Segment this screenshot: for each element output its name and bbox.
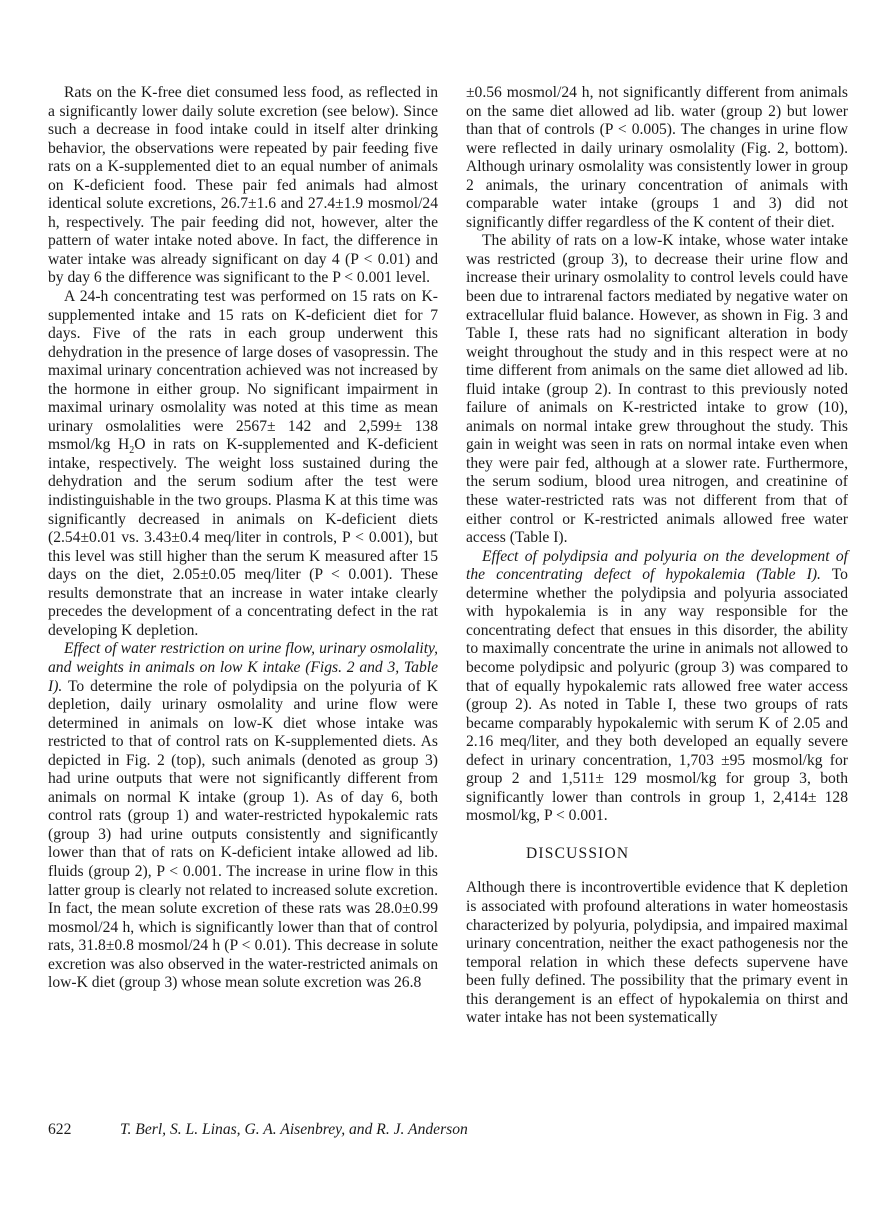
page-body: Rats on the K-free diet consumed less fo… [48,84,848,1028]
paragraph-continued: ±0.56 mosmol/24 h, not significantly dif… [466,84,848,232]
paragraph-polydipsia-effect: Effect of polydipsia and polyuria on the… [466,548,848,826]
paragraph-discussion: Although there is incontrovertible evide… [466,879,848,1027]
two-column-layout: Rats on the K-free diet consumed less fo… [48,84,848,1028]
running-footer-authors: T. Berl, S. L. Linas, G. A. Aisenbrey, a… [120,1121,468,1139]
paragraph-text: O in rats on K-supplemented and K-defici… [48,436,438,638]
left-column: Rats on the K-free diet consumed less fo… [48,84,438,1028]
paragraph-water-restriction: Effect of water restriction on urine flo… [48,640,438,992]
paragraph-text: A 24-h concentrating test was performed … [48,288,438,453]
page-number: 622 [48,1121,120,1139]
section-heading-discussion: DISCUSSION [526,845,848,864]
right-column: ±0.56 mosmol/24 h, not significantly dif… [466,84,848,1028]
paragraph-text: To determine the role of polydipsia on t… [48,678,438,992]
paragraph-text: To determine whether the polydipsia and … [466,566,848,824]
paragraph-pair-feeding: Rats on the K-free diet consumed less fo… [48,84,438,288]
run-in-heading: Effect of polydipsia and polyuria on the… [466,548,848,584]
page-footer: 622 T. Berl, S. L. Linas, G. A. Aisenbre… [48,1121,468,1139]
paragraph-body-weight: The ability of rats on a low-K intake, w… [466,232,848,547]
paragraph-concentrating-test: A 24-h concentrating test was performed … [48,288,438,640]
